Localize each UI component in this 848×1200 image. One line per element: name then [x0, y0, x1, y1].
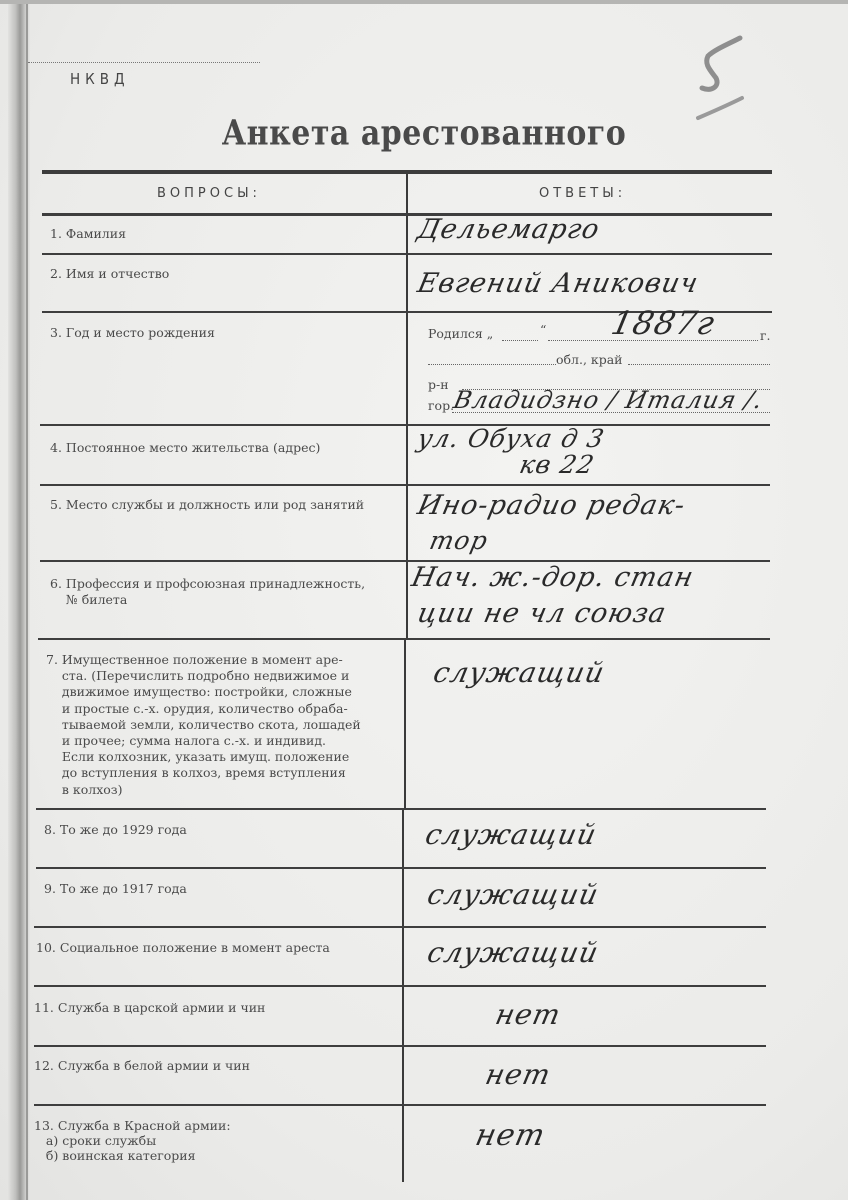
answer-4-line-1: ул. Обуха д 3 [415, 424, 607, 453]
row-rule [40, 484, 770, 486]
question-9: 9. То же до 1917 года [44, 881, 187, 897]
question-2: 2. Имя и отчество [50, 266, 169, 282]
question-5: 5. Место службы и должность или род заня… [50, 497, 364, 513]
agency-label: НКВД [70, 70, 130, 88]
header-dotted-line [28, 62, 260, 63]
question-1: 1. Фамилия [50, 226, 126, 242]
answer-8: служащий [422, 818, 599, 851]
question-7: 7. Имущественное положение в момент аре-… [46, 652, 361, 798]
answer-6-line-1: Нач. ж.-дор. стан [409, 562, 697, 593]
page-number-pencil-mark [690, 30, 760, 130]
answer-7: служащий [430, 656, 607, 689]
answer-1: Дельемарго [415, 214, 603, 245]
year-suffix: г. [760, 328, 771, 343]
column-divider [402, 810, 404, 1182]
row-rule [34, 1045, 766, 1047]
question-10: 10. Социальное положение в момент ареста [36, 940, 330, 956]
answer-13: нет [472, 1118, 548, 1153]
region-blank [428, 364, 556, 365]
question-13: 13. Служба в Красной армии: а) сроки слу… [34, 1118, 231, 1163]
row-rule [42, 253, 772, 255]
answer-2: Евгений Аникович [415, 268, 702, 299]
header-bottom-rule [42, 213, 772, 216]
city-label: гор. [428, 398, 454, 413]
answer-9: служащий [424, 878, 601, 911]
column-header-answers: ОТВЕТЫ: [539, 186, 626, 201]
answer-6-line-2: ции не чл союза [415, 598, 670, 629]
row-rule [40, 424, 770, 426]
row-rule [34, 985, 766, 987]
answer-11: нет [492, 998, 564, 1031]
born-label: Родился „ [428, 326, 493, 341]
answer-5-line-2: тор [427, 526, 491, 555]
row-rule [34, 926, 766, 928]
row-rule [36, 867, 766, 869]
question-8: 8. То же до 1929 года [44, 822, 187, 838]
region-blank-2 [628, 364, 770, 365]
row-rule [34, 1104, 766, 1106]
row-rule [38, 638, 770, 640]
answer-4-line-2: кв 22 [517, 450, 597, 479]
page-top-edge [0, 0, 848, 4]
row-rule [36, 808, 766, 810]
question-6: 6. Профессия и профсоюзная принадлежност… [50, 576, 365, 608]
quote-close: “ [540, 322, 546, 337]
answer-12: нет [482, 1058, 554, 1091]
column-divider [404, 640, 406, 810]
column-divider [406, 174, 408, 638]
question-12: 12. Служба в белой армии и чин [34, 1058, 250, 1074]
question-4: 4. Постоянное место жительства (адрес) [50, 440, 320, 456]
question-3: 3. Год и место рождения [50, 325, 215, 341]
column-header-questions: ВОПРОСЫ: [157, 186, 261, 201]
region-label: обл., край [556, 352, 623, 367]
answer-5-line-1: Ино-радио редак- [415, 490, 689, 521]
page-title: Анкета арестованного [0, 116, 848, 151]
question-11: 11. Служба в царской армии и чин [34, 1000, 265, 1016]
answer-10: служащий [424, 936, 601, 969]
day-blank [502, 340, 538, 341]
birth-city: Владидзно / Италия /. [451, 386, 766, 414]
binding-edge [26, 0, 28, 1200]
birth-year: 1887г [608, 304, 719, 342]
district-label: р-н [428, 377, 449, 392]
